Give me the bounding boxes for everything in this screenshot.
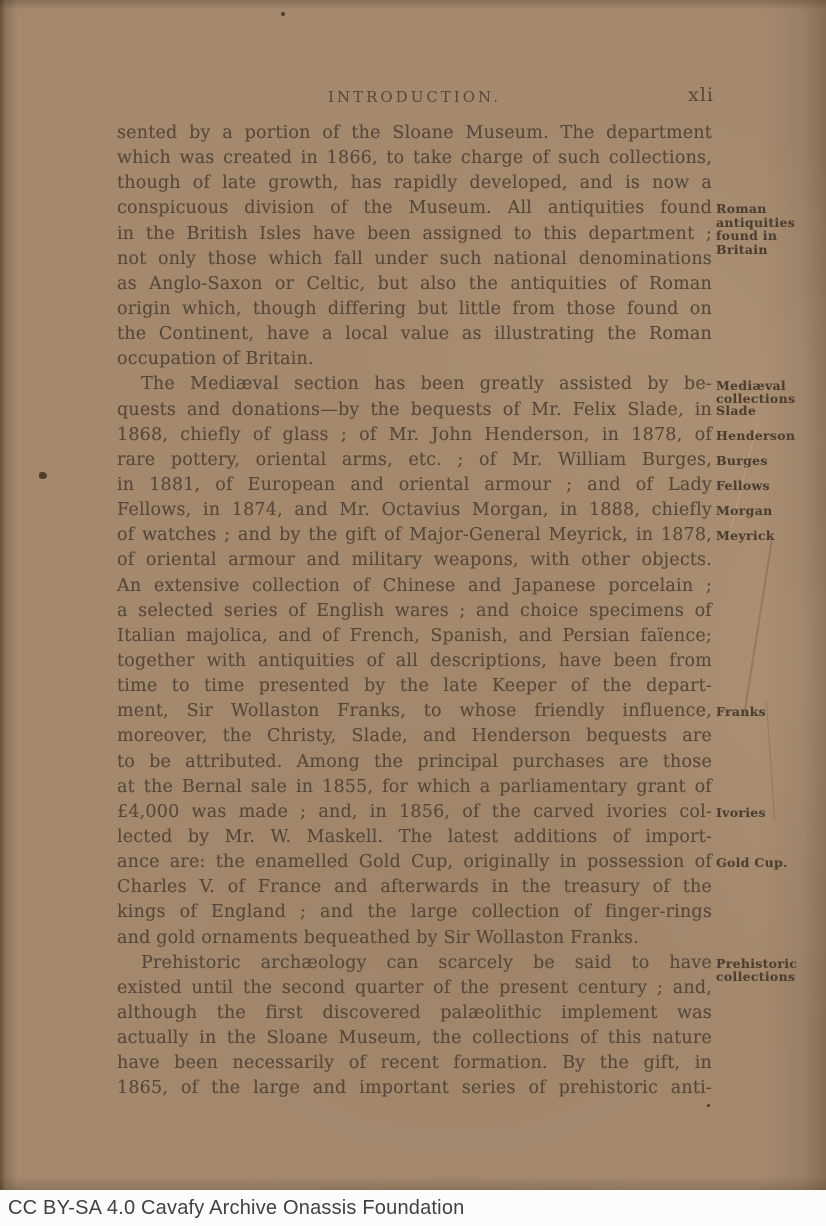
margin-note: Fellows: [716, 479, 770, 493]
text-line: £4,000 was made ; and, in 1856, of the c…: [117, 800, 712, 825]
margin-note: Prehistoriccollections: [716, 957, 797, 984]
body-text: sented by a portion of the Sloane Museum…: [117, 121, 712, 1101]
text-line: kings of England ; and the large collect…: [117, 900, 712, 925]
text-line: in the British Isles have been assigned …: [117, 222, 712, 247]
margin-note: Meyrick: [716, 529, 775, 543]
text-line: of oriental armour and military weapons,…: [117, 548, 712, 573]
margin-note: Franks: [716, 705, 766, 719]
text-line: not only those which fall under such nat…: [117, 247, 712, 272]
text-line: moreover, the Christy, Slade, and Hender…: [117, 724, 712, 749]
margin-note: Ivories: [716, 806, 766, 820]
text-line: a selected series of English wares ; and…: [117, 599, 712, 624]
margin-note: Henderson: [716, 429, 795, 443]
text-line: ment, Sir Wollaston Franks, to whose fri…: [117, 699, 712, 724]
margin-note: Slade: [716, 404, 756, 418]
text-line: together with antiquities of all descrip…: [117, 649, 712, 674]
text-line: in 1881, of European and oriental armour…: [117, 473, 712, 498]
text-line: as Anglo-Saxon or Celtic, but also the a…: [117, 272, 712, 297]
text-line: occupation of Britain.: [117, 347, 712, 372]
text-line: Prehistoric archæology can scarcely be s…: [117, 951, 712, 976]
paper-crease: [766, 700, 775, 820]
text-line: The Mediæval section has been greatly as…: [117, 372, 712, 397]
text-line: although the first discovered palæolithi…: [117, 1001, 712, 1026]
text-line: Fellows, in 1874, and Mr. Octavius Morga…: [117, 498, 712, 523]
margin-note: Gold Cup.: [716, 856, 788, 870]
text-line: sented by a portion of the Sloane Museum…: [117, 121, 712, 146]
margin-note: Burges: [716, 454, 768, 468]
text-line: An extensive collection of Chinese and J…: [117, 574, 712, 599]
text-line: conspicuous division of the Museum. All …: [117, 196, 712, 221]
text-line: Italian majolica, and of French, Spanish…: [117, 624, 712, 649]
license-text: CC BY-SA 4.0 Cavafy Archive Onassis Foun…: [8, 1197, 464, 1220]
text-line: of watches ; and by the gift of Major-Ge…: [117, 523, 712, 548]
text-line: though of late growth, has rapidly devel…: [117, 171, 712, 196]
text-line: at the Bernal sale in 1855, for which a …: [117, 775, 712, 800]
paper-speck: [707, 1104, 710, 1107]
margin-note: Mediævalcollections: [716, 379, 795, 406]
text-line: and gold ornaments bequeathed by Sir Wol…: [117, 926, 712, 951]
text-line: origin which, though differing but littl…: [117, 297, 712, 322]
margin-note: Morgan: [716, 504, 773, 518]
text-line: 1868, chiefly of glass ; of Mr. John Hen…: [117, 423, 712, 448]
text-line: existed until the second quarter of the …: [117, 976, 712, 1001]
text-line: which was created in 1866, to take charg…: [117, 146, 712, 171]
text-line: actually in the Sloane Museum, the colle…: [117, 1026, 712, 1051]
running-header: INTRODUCTION. xli: [117, 84, 712, 108]
text-line: have been necessarily of recent formatio…: [117, 1051, 712, 1076]
text-line: quests and donations—by the bequests of …: [117, 398, 712, 423]
text-line: rare pottery, oriental arms, etc. ; of M…: [117, 448, 712, 473]
paper-speck: [281, 12, 285, 16]
page-title: INTRODUCTION.: [117, 88, 712, 106]
paper-crease: [743, 541, 772, 714]
margin-note: Romanantiquitiesfound inBritain: [716, 202, 795, 256]
text-line: 1865, of the large and important series …: [117, 1076, 712, 1101]
text-line: Charles V. of France and afterwards in t…: [117, 875, 712, 900]
text-line: the Continent, have a local value as ill…: [117, 322, 712, 347]
page-number: xli: [688, 84, 714, 106]
book-page-scan: INTRODUCTION. xli sented by a portion of…: [0, 0, 826, 1190]
text-line: ance are: the enamelled Gold Cup, origin…: [117, 850, 712, 875]
text-line: to be attributed. Among the principal pu…: [117, 750, 712, 775]
paper-speck: [39, 472, 47, 479]
text-line: time to time presented by the late Keepe…: [117, 674, 712, 699]
license-footer: CC BY-SA 4.0 Cavafy Archive Onassis Foun…: [0, 1190, 826, 1226]
text-line: lected by Mr. W. Maskell. The latest add…: [117, 825, 712, 850]
